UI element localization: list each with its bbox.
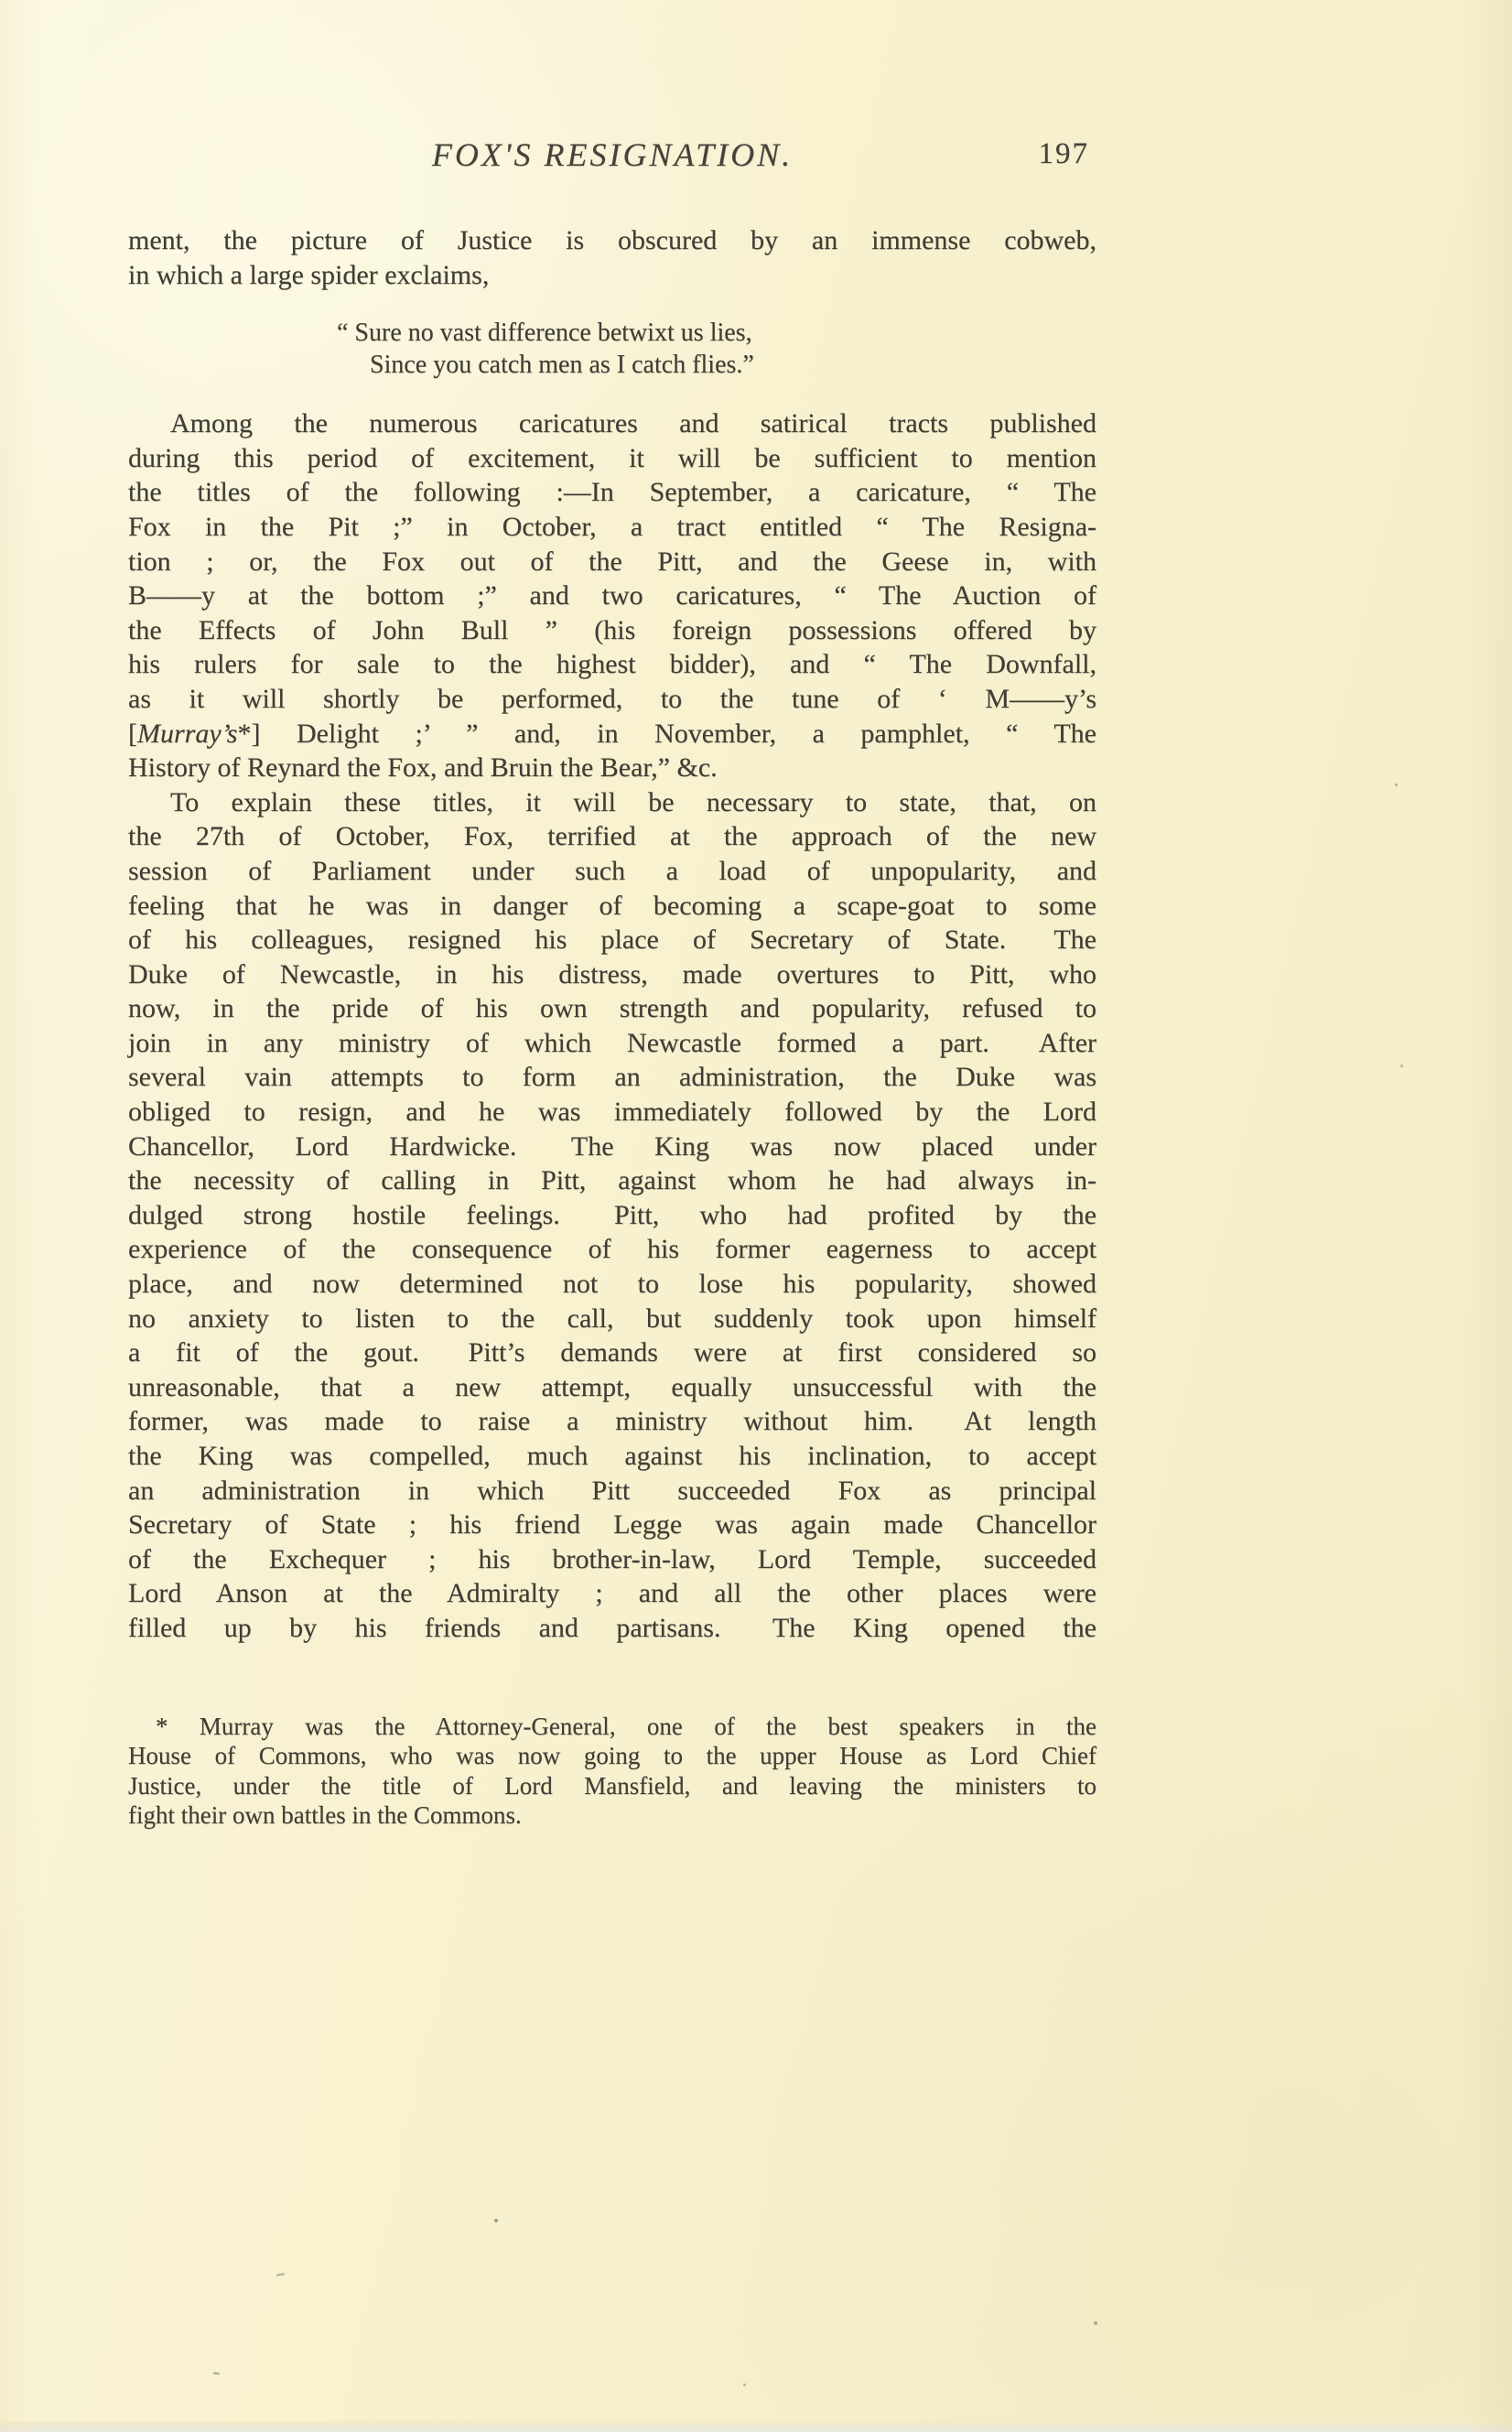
page-content: FOX'S RESIGNATION. 197 ment, the picture… xyxy=(128,135,1096,1831)
text-line: [Murray’s*] Delight ;’ ” and, in Novembe… xyxy=(128,717,1096,751)
page-number: 197 xyxy=(1039,137,1090,171)
text-line: place, and now determined not to lose hi… xyxy=(128,1267,1096,1302)
text-line: the King was compelled, much against his… xyxy=(128,1439,1096,1474)
text-line: former, was made to raise a ministry wit… xyxy=(128,1404,1096,1439)
paper-speck xyxy=(213,2373,220,2375)
text-line: Fox in the Pit ;” in October, a tract en… xyxy=(128,510,1096,545)
paragraph-explanation: To explain these titles, it will be nece… xyxy=(128,785,1096,1646)
text-line: the 27th of October, Fox, terrified at t… xyxy=(128,819,1096,854)
text-line: Justice, under the title of Lord Mansfie… xyxy=(128,1771,1096,1801)
text-line: the Effects of John Bull ” (his foreign … xyxy=(128,613,1096,648)
book-page: FOX'S RESIGNATION. 197 ment, the picture… xyxy=(0,0,1512,2432)
text-line: no anxiety to listen to the call, but su… xyxy=(128,1302,1096,1336)
text-line: Secretary of State ; his friend Legge wa… xyxy=(128,1508,1096,1542)
text-line: Lord Anson at the Admiralty ; and all th… xyxy=(128,1576,1096,1611)
text-line: House of Commons, who was now going to t… xyxy=(128,1741,1096,1771)
text-line: of his colleagues, resigned his place of… xyxy=(128,923,1096,957)
text-line: tion ; or, the Fox out of the Pitt, and … xyxy=(128,545,1096,579)
page-header: FOX'S RESIGNATION. 197 xyxy=(128,135,1096,179)
text-line: several vain attempts to form an adminis… xyxy=(128,1060,1096,1095)
text-line: feeling that he was in danger of becomin… xyxy=(128,889,1096,924)
text-line: ment, the picture of Justice is obscured… xyxy=(128,223,1096,258)
text-line: Since you catch men as I catch flies.” xyxy=(370,349,1096,381)
text-line: unreasonable, that a new attempt, equall… xyxy=(128,1370,1096,1405)
paper-speck xyxy=(276,2273,285,2275)
text-line: Duke of Newcastle, in his distress, made… xyxy=(128,957,1096,992)
text-line: an administration in which Pitt succeede… xyxy=(128,1474,1096,1508)
text-line: To explain these titles, it will be nece… xyxy=(128,785,1096,820)
paper-speck xyxy=(1094,2321,1097,2325)
paper-speck xyxy=(1395,784,1398,786)
text-line: Chancellor, Lord Hardwicke. The King was… xyxy=(128,1130,1096,1164)
paper-speck xyxy=(174,1219,177,1224)
text-line: filled up by his friends and partisans. … xyxy=(128,1611,1096,1646)
text-line: session of Parliament under such a load … xyxy=(128,854,1096,889)
verse-quote: “ Sure no vast difference betwixt us lie… xyxy=(337,317,1096,381)
text-line: his rulers for sale to the highest bidde… xyxy=(128,647,1096,682)
text-line: dulged strong hostile feelings. Pitt, wh… xyxy=(128,1198,1096,1233)
paper-speck xyxy=(743,2383,746,2386)
text-line: “ Sure no vast difference betwixt us lie… xyxy=(337,317,1096,349)
paper-speck xyxy=(494,2219,498,2222)
text-line: join in any ministry of which Newcastle … xyxy=(128,1026,1096,1061)
text-line: the titles of the following :—In Septemb… xyxy=(128,475,1096,510)
text-line: as it will shortly be performed, to the … xyxy=(128,682,1096,717)
page-bottom-edge xyxy=(0,2421,1512,2432)
text-line: fight their own battles in the Commons. xyxy=(128,1800,1096,1831)
text-line: * Murray was the Attorney-General, one o… xyxy=(128,1712,1096,1742)
text-line: now, in the pride of his own strength an… xyxy=(128,991,1096,1026)
text-line: History of Reynard the Fox, and Bruin th… xyxy=(128,751,1096,785)
running-title: FOX'S RESIGNATION. xyxy=(128,135,1096,174)
paper-speck xyxy=(1400,1065,1403,1067)
paragraph-continuation: ment, the picture of Justice is obscured… xyxy=(128,223,1096,292)
paragraph-caricature-titles: Among the numerous caricatures and satir… xyxy=(128,406,1096,785)
text-line: a fit of the gout. Pitt’s demands were a… xyxy=(128,1335,1096,1370)
text-line: obliged to resign, and he was immediatel… xyxy=(128,1095,1096,1130)
text-line: experience of the consequence of his for… xyxy=(128,1232,1096,1267)
text-line: Among the numerous caricatures and satir… xyxy=(128,406,1096,441)
text-line: of the Exchequer ; his brother-in-law, L… xyxy=(128,1542,1096,1577)
text-line: B——y at the bottom ;” and two caricature… xyxy=(128,578,1096,613)
footnote-murray: * Murray was the Attorney-General, one o… xyxy=(128,1712,1096,1831)
text-line: during this period of excitement, it wil… xyxy=(128,441,1096,476)
text-line: the necessity of calling in Pitt, agains… xyxy=(128,1163,1096,1198)
text-line: in which a large spider exclaims, xyxy=(128,258,1096,293)
